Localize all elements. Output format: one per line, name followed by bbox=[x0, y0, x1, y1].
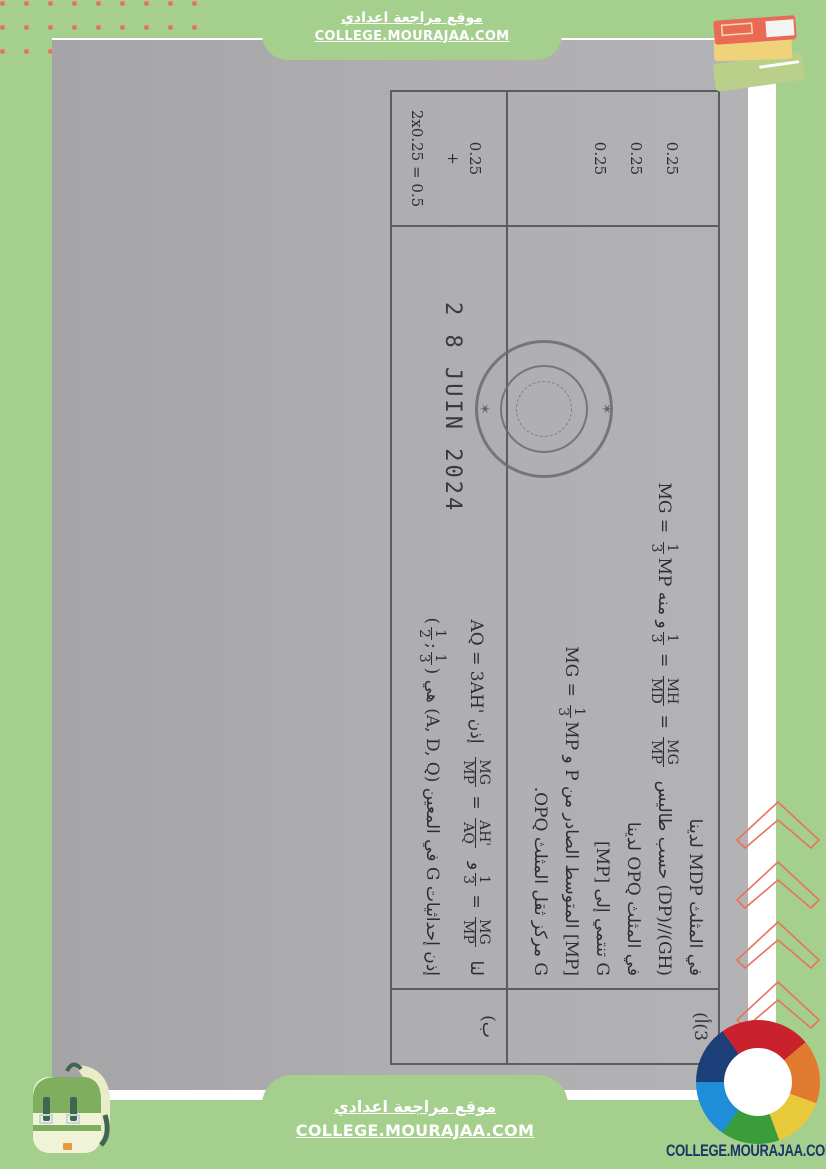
answer-table: 3)أ) في المثلث MDP لدينا (GH)//(DP) حسب … bbox=[390, 90, 720, 1065]
date-stamp: 2 8 JUIN 2024 bbox=[440, 302, 465, 513]
math-text: AQ = 3AH' bbox=[466, 620, 486, 714]
star-icon: ✶ bbox=[598, 403, 614, 415]
numerator: MH bbox=[663, 676, 679, 707]
dot-decoration bbox=[144, 25, 149, 30]
dot-decoration bbox=[96, 1, 101, 6]
site-logo-ring-icon[interactable] bbox=[696, 1020, 820, 1144]
denominator: 3 bbox=[460, 875, 475, 884]
answer-line: (GH)//(DP) حسب طاليس 13 = MHMD = MGMP و … bbox=[648, 237, 679, 976]
equals-sign: = bbox=[654, 653, 674, 667]
dot-decoration bbox=[48, 25, 53, 30]
books-stack-icon bbox=[700, 10, 812, 95]
question-number-cell: 3)أ) bbox=[507, 989, 719, 1064]
median-text: [MP] المتوسط الصادر من P و bbox=[561, 755, 581, 976]
dot-decoration bbox=[120, 1, 125, 6]
backpack-icon bbox=[15, 1055, 115, 1160]
exam-correction-photo: 3)أ) في المثلث MDP لدينا (GH)//(DP) حسب … bbox=[52, 40, 748, 1090]
math-expression: MG = 13MP bbox=[561, 646, 581, 750]
equals-sign: = bbox=[466, 795, 486, 809]
site-name-arabic[interactable]: موقع مراجعة اعدادي bbox=[262, 8, 562, 28]
dot-decoration bbox=[24, 1, 29, 6]
answer-line: G تنتمي إلى [MP] bbox=[586, 237, 617, 976]
fraction: MGMP bbox=[460, 917, 491, 947]
numerator: 1 bbox=[431, 627, 447, 640]
denominator: MP bbox=[648, 740, 663, 764]
math-text: MG = bbox=[561, 646, 581, 697]
math-text: ) bbox=[422, 668, 442, 675]
site-banner-top[interactable]: موقع مراجعة اعدادي COLLEGE.MOURAJAA.COM bbox=[262, 0, 562, 60]
site-domain-link[interactable]: COLLEGE.MOURAJAA.COM bbox=[262, 28, 562, 46]
logo-text[interactable]: COLLEGE.MOURAJAA.COM bbox=[666, 1141, 826, 1160]
dot-decoration bbox=[24, 49, 29, 54]
official-seal-stamp: ✶ ✶ bbox=[475, 340, 613, 478]
math-text: MP bbox=[561, 721, 581, 750]
numerator: 1 bbox=[663, 632, 679, 645]
fraction: 13 bbox=[555, 705, 586, 718]
site-banner-bottom[interactable]: موقع مراجعة اعدادي COLLEGE.MOURAJAA.COM bbox=[262, 1075, 568, 1169]
fraction: 12 bbox=[416, 627, 447, 640]
coordinates-text: إذن إحداثيات G في المعين (A, D, Q) هي bbox=[422, 680, 442, 976]
denominator: 2 bbox=[416, 629, 431, 638]
score-cell: 0.25 0.25 0.25 bbox=[507, 91, 719, 226]
dot-decoration bbox=[0, 49, 5, 54]
site-name-arabic[interactable]: موقع مراجعة اعدادي bbox=[262, 1095, 568, 1119]
given-text: لنا bbox=[466, 961, 486, 977]
score-total: 0.5 = 2x0.25 bbox=[406, 92, 428, 225]
dot-decoration bbox=[120, 25, 125, 30]
numerator: MG bbox=[475, 757, 491, 787]
score-value: 0.25 bbox=[464, 92, 486, 225]
equals-sign: = bbox=[466, 895, 486, 909]
denominator: 3 bbox=[555, 707, 570, 716]
denominator: AQ bbox=[460, 822, 475, 844]
fraction: 13 bbox=[648, 632, 679, 645]
answer-line: في المثلث OPQ لدينا bbox=[617, 237, 648, 976]
dot-decoration bbox=[192, 1, 197, 6]
score-value: 0.25 bbox=[618, 92, 654, 225]
score-plus: + bbox=[442, 92, 464, 225]
math-expression: MGMP = AH'AQ bbox=[466, 754, 486, 856]
chevron-up-decoration-icon bbox=[733, 790, 823, 1040]
dot-decoration bbox=[96, 25, 101, 30]
thales-text: (GH)//(DP) حسب طاليس bbox=[654, 781, 674, 976]
dot-decoration bbox=[144, 1, 149, 6]
therefore-text: إذن bbox=[466, 719, 486, 744]
score-value: 0.25 bbox=[654, 92, 690, 225]
table-row: ب) لنا 13 = MGMP و MGMP = bbox=[391, 91, 507, 1064]
fraction: 13 bbox=[416, 652, 447, 665]
numerator: 1 bbox=[431, 652, 447, 665]
denominator: 3 bbox=[648, 544, 663, 553]
fraction: MHMD bbox=[648, 676, 679, 707]
conjunction-text: و منه bbox=[654, 592, 674, 629]
math-text: MG = bbox=[654, 483, 674, 534]
math-text: ( bbox=[422, 617, 442, 624]
dot-decoration bbox=[24, 25, 29, 30]
denominator: 3 bbox=[648, 634, 663, 643]
dot-decoration bbox=[192, 25, 197, 30]
question-number: 3)أ) bbox=[690, 1012, 710, 1041]
question-number: ب) bbox=[478, 1015, 498, 1038]
rotated-answer-sheet: 3)أ) في المثلث MDP لدينا (GH)//(DP) حسب … bbox=[52, 40, 748, 1090]
dot-decoration bbox=[168, 1, 173, 6]
math-expression: 13 = MGMP bbox=[466, 870, 486, 955]
math-text: MP bbox=[654, 557, 674, 586]
answer-line: في المثلث MDP لدينا bbox=[679, 237, 710, 976]
denominator: MP bbox=[460, 760, 475, 784]
star-icon: ✶ bbox=[476, 403, 492, 415]
score-cell: 0.25 + 0.5 = 2x0.25 bbox=[391, 91, 507, 226]
dot-decoration bbox=[72, 25, 77, 30]
table-row: 3)أ) في المثلث MDP لدينا (GH)//(DP) حسب … bbox=[507, 91, 719, 1064]
score-value: 0.25 bbox=[582, 92, 618, 225]
denominator: MP bbox=[460, 920, 475, 944]
math-expression: 13 = MHMD = MGMP bbox=[654, 629, 674, 776]
numerator: AH' bbox=[475, 818, 491, 848]
seal-emblem-icon bbox=[516, 381, 572, 437]
numerator: MG bbox=[663, 737, 679, 767]
denominator: MD bbox=[648, 678, 663, 704]
question-number-cell: ب) bbox=[391, 989, 507, 1064]
dot-decoration bbox=[168, 25, 173, 30]
numerator: 1 bbox=[663, 542, 679, 555]
fraction: AH'AQ bbox=[460, 818, 491, 848]
fraction: MGMP bbox=[648, 737, 679, 767]
conjunction-text: و bbox=[466, 862, 486, 870]
dot-decoration bbox=[0, 1, 5, 6]
site-domain-link[interactable]: COLLEGE.MOURAJAA.COM bbox=[262, 1119, 568, 1143]
equals-sign: = bbox=[654, 715, 674, 729]
dot-decoration bbox=[0, 25, 5, 30]
numerator: MG bbox=[475, 917, 491, 947]
dot-decoration bbox=[48, 1, 53, 6]
math-expression: MG = 13MP bbox=[654, 483, 674, 587]
denominator: 3 bbox=[416, 654, 431, 663]
fraction: MGMP bbox=[460, 757, 491, 787]
fraction: 13 bbox=[460, 873, 491, 886]
math-expression: (12;13) bbox=[422, 617, 442, 674]
dot-decoration bbox=[72, 1, 77, 6]
numerator: 1 bbox=[570, 705, 586, 718]
fraction: 13 bbox=[648, 542, 679, 555]
math-text: ; bbox=[422, 643, 442, 649]
logo-center bbox=[724, 1048, 792, 1116]
numerator: 1 bbox=[475, 873, 491, 886]
